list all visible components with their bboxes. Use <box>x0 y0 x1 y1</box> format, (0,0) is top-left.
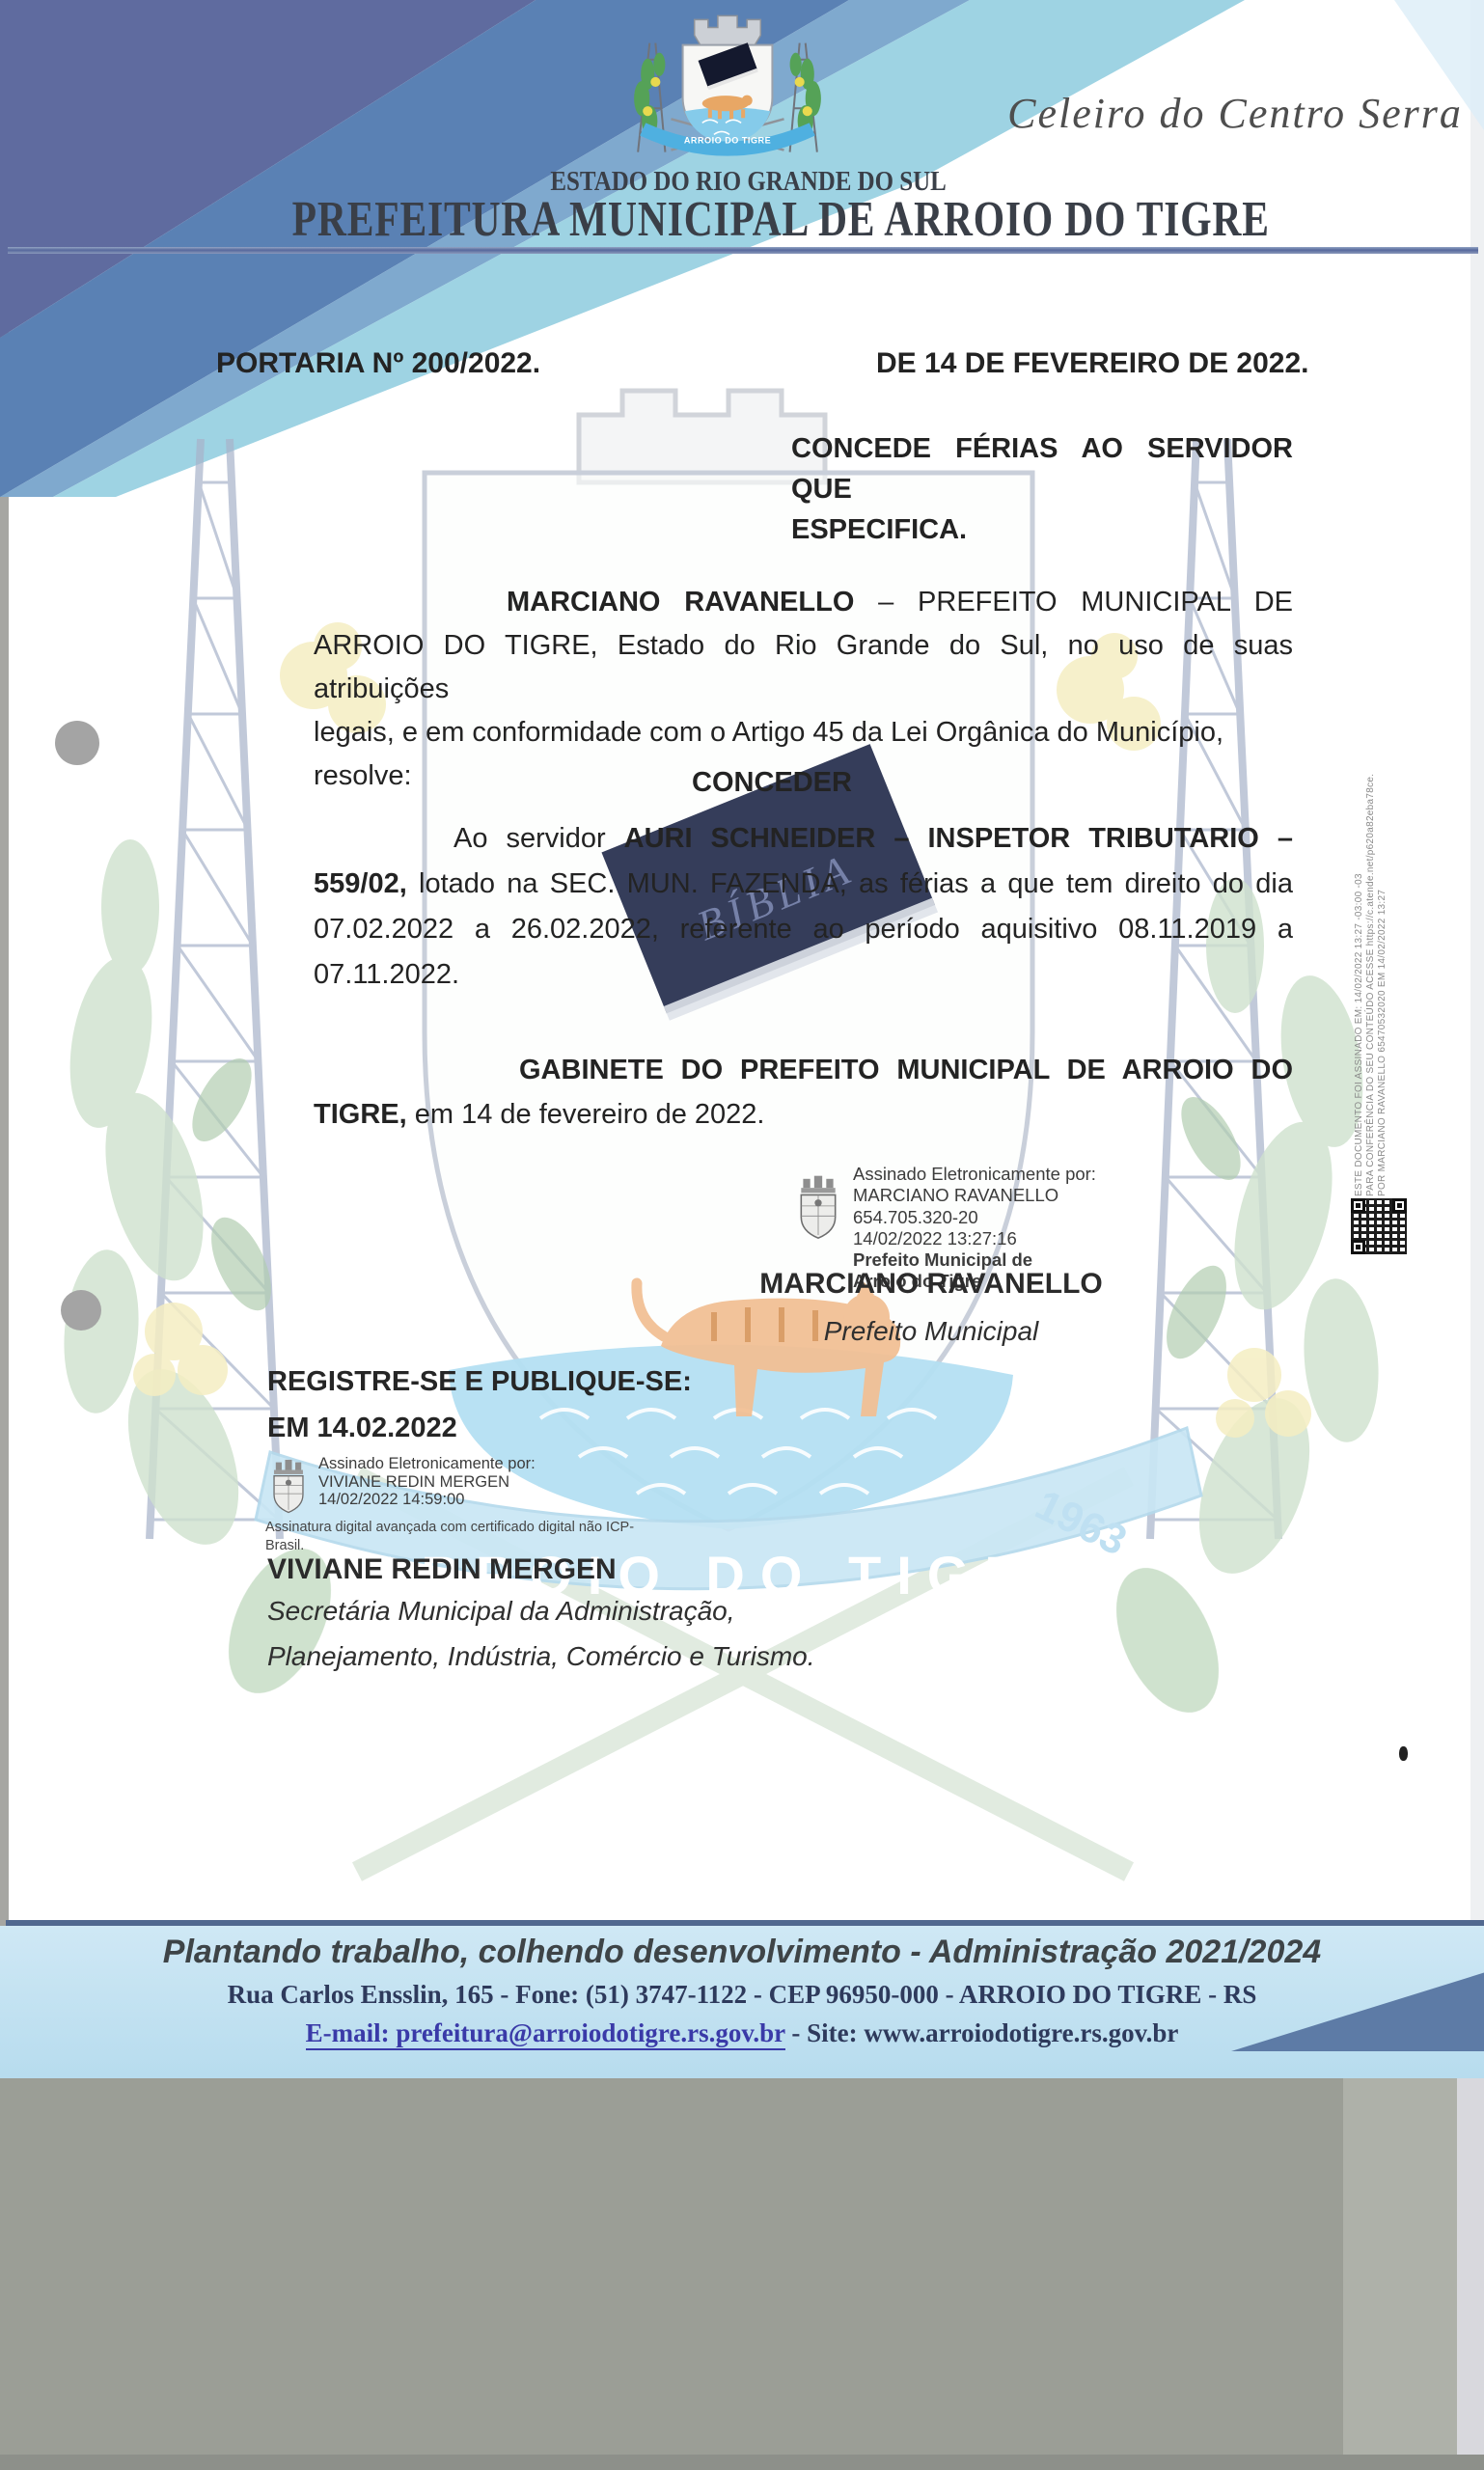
footer-site-label: - Site: <box>785 2018 865 2047</box>
watermark-year: 1963 <box>1029 1481 1134 1565</box>
body-line: GABINETE DO PREFEITO MUNICIPAL DE ARROIO… <box>314 1048 1293 1092</box>
verification-line: POR MARCIANO RAVANELLO 65470532020 EM 14… <box>1377 637 1388 1196</box>
signature1-title: Prefeito Municipal <box>680 1316 1182 1347</box>
body-line: Ao servidor AURI SCHNEIDER – INSPETOR TR… <box>314 816 1293 862</box>
footer-tagline: Plantando trabalho, colhendo desenvolvim… <box>0 1934 1484 1971</box>
stamp2-datetime: 14/02/2022 14:59:00 <box>318 1491 536 1509</box>
municipal-crest: ARROIO DO TIGRE <box>620 6 835 168</box>
stamp2-note-line: Assinatura digital avançada com certific… <box>265 1519 634 1537</box>
scanned-document-page: BÍBLIA ARROIO DO TIGRE 1963 <box>0 0 1484 2470</box>
body-line: 07.11.2022. <box>314 952 1293 998</box>
subject-block: CONCEDE FÉRIAS AO SERVIDOR QUE ESPECIFIC… <box>791 428 1293 550</box>
qr-finder-icon <box>1351 1198 1365 1213</box>
portaria-number: PORTARIA Nº 200/2022. <box>216 347 540 380</box>
qr-finder-icon <box>1392 1198 1407 1213</box>
header-municipality-text: PREFEITURA MUNICIPAL DE ARROIO DO TIGRE <box>292 191 1270 248</box>
qr-code <box>1351 1198 1407 1254</box>
stamp2-crest-icon <box>267 1459 310 1517</box>
paragraph-gabinete: GABINETE DO PREFEITO MUNICIPAL DE ARROIO… <box>314 1048 1293 1137</box>
footer-contact-line: E-mail: prefeitura@arroiodotigre.rs.gov.… <box>0 2018 1484 2048</box>
signature2-title-line2: Planejamento, Indústria, Comércio e Turi… <box>267 1641 815 1672</box>
header-motto: Celeiro do Centro Serra <box>984 89 1484 138</box>
footer-email: E-mail: prefeitura@arroiodotigre.rs.gov.… <box>306 2018 785 2050</box>
stamp1-datetime: 14/02/2022 13:27:16 <box>853 1228 1096 1249</box>
portaria-date: DE 14 DE FEVEREIRO DE 2022. <box>876 347 1309 380</box>
stamp1-signed-by: Assinado Eletronicamente por: <box>853 1164 1096 1185</box>
stamp2-name: VIVIANE REDIN MERGEN <box>318 1473 536 1492</box>
qr-finder-icon <box>1351 1240 1365 1254</box>
body-line: 559/02, lotado na SEC. MUN. FAZENDA, as … <box>314 862 1293 907</box>
scan-background-bottom-strip <box>0 2455 1484 2470</box>
stamp1-cpf: 654.705.320-20 <box>853 1207 1096 1228</box>
body-line: MARCIANO RAVANELLO – PREFEITO MUNICIPAL … <box>314 581 1293 624</box>
subject-line: ESPECIFICA. <box>791 509 1293 550</box>
crest-crown <box>695 15 761 44</box>
register-order: REGISTRE-SE E PUBLIQUE-SE: <box>267 1366 692 1398</box>
signature1-name: MARCIANO RAVANELLO <box>680 1268 1182 1301</box>
stamp1-name: MARCIANO RAVANELLO <box>853 1185 1096 1206</box>
conceder-heading: CONCEDER <box>314 767 1230 799</box>
verification-sidebar-text: ESTE DOCUMENTO FOI ASSINADO EM: 14/02/20… <box>1354 637 1388 1196</box>
scan-left-edge <box>0 0 9 2470</box>
body-line: 07.02.2022 a 26.02.2022, referente ao pe… <box>314 907 1293 952</box>
footer-top-line <box>6 1920 1484 1926</box>
verification-line: ESTE DOCUMENTO FOI ASSINADO EM: 14/02/20… <box>1354 637 1365 1196</box>
footer-address: Rua Carlos Ensslin, 165 - Fone: (51) 374… <box>0 1980 1484 2010</box>
body-line: ARROIO DO TIGRE, Estado do Rio Grande do… <box>314 624 1293 711</box>
header-motto-text: Celeiro do Centro Serra <box>1007 90 1463 137</box>
signature2-name: VIVIANE REDIN MERGEN <box>267 1553 617 1586</box>
hole-punch-bottom <box>61 1290 101 1331</box>
scan-background-edge-column <box>1457 2078 1484 2470</box>
body-line: TIGRE, em 14 de fevereiro de 2022. <box>314 1092 1293 1137</box>
signature2-title-line1: Secretária Municipal da Administração, <box>267 1596 735 1627</box>
header-municipality-line: PREFEITURA MUNICIPAL DE ARROIO DO TIGRE <box>170 191 1328 248</box>
footer-site: www.arroiodotigre.rs.gov.br <box>864 2018 1178 2047</box>
register-date: EM 14.02.2022 <box>267 1413 457 1444</box>
hole-punch-top <box>55 721 99 765</box>
ink-speck <box>1399 1746 1408 1761</box>
watermark-left-tower <box>150 439 280 1539</box>
stamp2-text: Assinado Eletronicamente por: VIVIANE RE… <box>318 1455 536 1509</box>
scan-background <box>0 2078 1484 2470</box>
paragraph-concession: Ao servidor AURI SCHNEIDER – INSPETOR TR… <box>314 816 1293 998</box>
verification-line: PARA CONFERÊNCIA DO SEU CONTEÚDO ACESSE … <box>1365 637 1377 1196</box>
subject-line: CONCEDE FÉRIAS AO SERVIDOR QUE <box>791 428 1293 509</box>
paragraph-preamble: MARCIANO RAVANELLO – PREFEITO MUNICIPAL … <box>314 581 1293 798</box>
header-rule <box>8 247 1478 254</box>
stamp2-note: Assinatura digital avançada com certific… <box>265 1519 634 1555</box>
stamp1-crest-icon <box>793 1175 843 1243</box>
scan-right-edge <box>1470 0 1484 2078</box>
crest-ribbon-text: ARROIO DO TIGRE <box>684 136 771 146</box>
stamp2-signed-by: Assinado Eletronicamente por: <box>318 1455 536 1473</box>
scan-background-light-column <box>1343 2078 1457 2470</box>
